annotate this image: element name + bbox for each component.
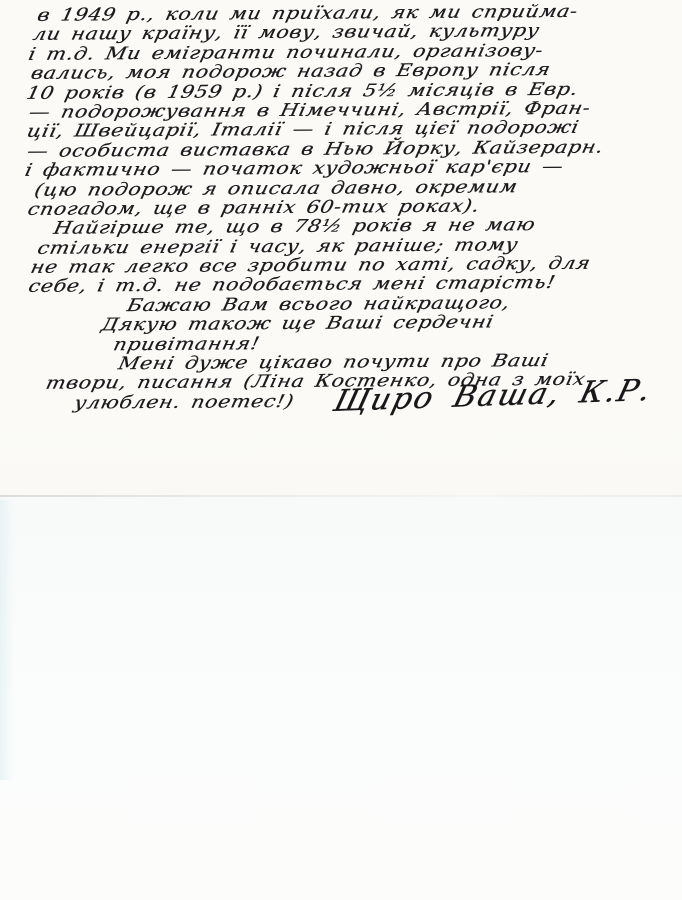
handwritten-text-block: в 1949 р., коли ми приїхали, як ми сприй… bbox=[14, 2, 673, 414]
paper-fold-crease bbox=[0, 495, 682, 497]
letter-page: в 1949 р., коли ми приїхали, як ми сприй… bbox=[0, 0, 682, 900]
paper-edge-shading bbox=[0, 500, 14, 780]
